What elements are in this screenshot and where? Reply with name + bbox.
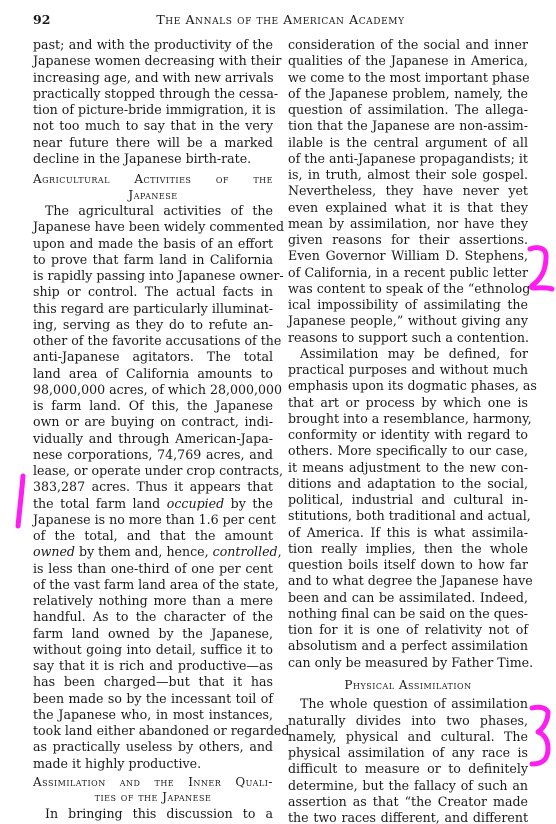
text-line: owned by them and, hence, controlled, [33, 544, 273, 560]
text-line: the Japanese who, in most instances, [33, 707, 273, 723]
text-line: Japanese have been widely commented [33, 219, 273, 235]
left-column: past; and with the productivity of the J… [33, 37, 273, 822]
text-line: The whole question of assimilation [288, 696, 528, 712]
text-line: the two races different, and different [288, 810, 528, 824]
text-line: near future there will be a marked [33, 135, 273, 151]
emphasis-occupied: occupied [167, 496, 224, 511]
text-line: to prove that farm land in California [33, 252, 273, 268]
paragraph-physical-assimilation: The whole question of assimilation natur… [288, 696, 528, 824]
text-line: Japanese women decreasing with their [33, 53, 273, 69]
paragraph-bringing-discussion: In bringing this discussion to a [33, 806, 273, 822]
text-line: vidually and through American-Japa- [33, 431, 273, 447]
text-line: Assimilation may be defined, for [288, 346, 528, 362]
annotation-mark-3-icon [524, 702, 556, 770]
text-line: Japanese people,” without giving any [288, 313, 528, 329]
text-line: been made so by the incessant toil of [33, 691, 273, 707]
text-line: political, industrial and cultural in- [288, 492, 528, 508]
text-line: conformity or identity with regard to [288, 427, 528, 443]
emphasis-owned: owned [33, 544, 75, 559]
text-line: has been charged—but that it has [33, 674, 273, 690]
text-line: is rapidly passing into Japanese owner- [33, 268, 273, 284]
text-line: ship or control. The actual facts in [33, 284, 273, 300]
text-line: ditions and adaptation to the social, [288, 476, 528, 492]
paragraph-birth-rate: past; and with the productivity of the J… [33, 37, 273, 167]
paragraph-assimilation-question: consideration of the social and inner qu… [288, 37, 528, 346]
text-line: of the anti-Japanese propagandists; it [288, 151, 528, 167]
text-line: In bringing this discussion to a [33, 806, 273, 822]
text-line: The agricultural activities of the [33, 203, 273, 219]
text-line: reasons to support such a contention. [288, 330, 528, 346]
text-line: can only be measured by Father Time. [288, 655, 528, 671]
paragraph-assimilation-defined: Assimilation may be defined, for practic… [288, 346, 528, 671]
text-line: question of assimilation. The allega- [288, 102, 528, 118]
text-line: even explained what it is that they [288, 200, 528, 216]
text-line: physical assimilation of any race is [288, 745, 528, 761]
text-line: nese corporations, 74,769 acres, and [33, 447, 273, 463]
text-line: made it highly productive. [33, 756, 273, 772]
text-run: by the [224, 496, 273, 511]
text-line: emphasis upon its dogmatic phases, as [288, 378, 528, 394]
text-line: say that it is rich and productive—as [33, 658, 273, 674]
text-line: of America. If this is what assimila- [288, 525, 528, 541]
text-line: brought into a resemblance, harmony, [288, 411, 528, 427]
text-line: naturally divides into two phases, [288, 713, 528, 729]
text-run: , [278, 544, 282, 559]
heading-line: Japanese [33, 188, 273, 204]
text-line: increasing age, and with new arrivals [33, 70, 273, 86]
text-line: we come to the most important phase [288, 70, 528, 86]
heading-line: Agricultural Activities of the [33, 172, 273, 188]
journal-title: The Annals of the American Academy [33, 12, 528, 27]
text-line: practical purposes and without much [288, 362, 528, 378]
right-column: consideration of the social and inner qu… [288, 37, 528, 824]
text-line: the total farm land occupied by the [33, 496, 273, 512]
text-line: anti-Japanese agitators. The total [33, 349, 273, 365]
text-line: mean by assimilation, nor have they [288, 216, 528, 232]
text-line: of the Japanese problem, namely, the [288, 86, 528, 102]
text-line: tion of picture-bride immigration, it is [33, 102, 273, 118]
text-line: as practically useless by others, and [33, 739, 273, 755]
text-line: question boils itself down to how far [288, 557, 528, 573]
text-line: difficult to measure or to definitely [288, 761, 528, 777]
text-line: practically stopped through the cessa- [33, 86, 273, 102]
text-line: Japanese is no more than 1.6 per cent [33, 512, 273, 528]
text-line: past; and with the productivity of the [33, 37, 273, 53]
text-run: the total farm land [33, 496, 167, 511]
text-line: namely, physical and cultural. The [288, 729, 528, 745]
emphasis-controlled: controlled [213, 544, 278, 559]
text-run: by them and, hence, [75, 544, 213, 559]
text-line: was content to speak of the “ethnolog- [288, 281, 528, 297]
text-line: stitutions, both traditional and actual, [288, 508, 528, 524]
running-head: 92 The Annals of the American Academy [33, 12, 528, 30]
text-line: this regard are particularly illuminat- [33, 301, 273, 317]
text-line: Nevertheless, they have never yet [288, 183, 528, 199]
text-line: without going into detail, suffice it to [33, 642, 273, 658]
text-line: others. More specifically to our case, [288, 443, 528, 459]
text-line: of the vast farm land area of the state, [33, 577, 273, 593]
section-heading-physical-assimilation: Physical Assimilation [288, 678, 528, 694]
text-line: ing, serving as they do to refute an- [33, 317, 273, 333]
text-line: not too much to say that in the very [33, 118, 273, 134]
scanned-page: 92 The Annals of the American Academy pa… [0, 0, 556, 824]
text-line: consideration of the social and inner [288, 37, 528, 53]
text-line: ilable is the central argument of all [288, 135, 528, 151]
text-line: it means adjustment to the new con- [288, 460, 528, 476]
text-line: is less than one-third of one per cent [33, 561, 273, 577]
text-line: took land either abandoned or regarded [33, 723, 273, 739]
text-line: that art or process by which one is [288, 395, 528, 411]
text-line: 383,287 acres. Thus it appears that [33, 479, 273, 495]
text-line: tion really implies, then the whole [288, 541, 528, 557]
text-line: qualities of the Japanese in America, [288, 53, 528, 69]
text-line: handful. As to the character of the [33, 609, 273, 625]
text-line: assertion as that “the Creator made [288, 794, 528, 810]
text-line: tion that the Japanese are non-assim- [288, 118, 528, 134]
heading-line: Assimilation and the Inner Quali- [33, 775, 273, 791]
text-line: nothing final can be said on the ques- [288, 606, 528, 622]
text-line: and to what degree the Japanese have [288, 573, 528, 589]
text-line: lease, or operate under crop contracts, [33, 463, 273, 479]
text-line: of the total, and that the amount [33, 528, 273, 544]
annotation-mark-1-icon [10, 472, 32, 530]
text-line: 98,000,000 acres, of which 28,000,000 [33, 382, 273, 398]
text-line: is, in truth, almost their sole gospel. [288, 167, 528, 183]
text-line: decline in the Japanese birth-rate. [33, 151, 273, 167]
text-line: given reasons for their assertions. [288, 232, 528, 248]
text-line: of California, in a recent public letter [288, 265, 528, 281]
text-line: land area of California amounts to [33, 366, 273, 382]
text-line: ical impossibility of assimilating the [288, 297, 528, 313]
text-line: own or are buying on contract, indi- [33, 414, 273, 430]
text-line: absolutism and a perfect assimilation [288, 638, 528, 654]
text-line: upon and made the basis of an effort [33, 236, 273, 252]
text-line: Even Governor William D. Stephens, [288, 248, 528, 264]
text-line: other of the favorite accusations of the [33, 333, 273, 349]
text-line: determine, but the fallacy of such an [288, 778, 528, 794]
text-line: tion for it is one of relativity not of [288, 622, 528, 638]
section-heading-agricultural: Agricultural Activities of the Japanese [33, 172, 273, 203]
text-line: been and can be assimilated. Indeed, [288, 590, 528, 606]
text-line: farm land owned by the Japanese, [33, 626, 273, 642]
annotation-mark-2-icon [524, 244, 556, 294]
text-line: relatively nothing more than a mere [33, 593, 273, 609]
text-line: is farm land. Of this, the Japanese [33, 398, 273, 414]
heading-line: ties of the Japanese [33, 790, 273, 806]
section-heading-assimilation-inner-qualities: Assimilation and the Inner Quali- ties o… [33, 775, 273, 806]
paragraph-agricultural: The agricultural activities of the Japan… [33, 203, 273, 772]
